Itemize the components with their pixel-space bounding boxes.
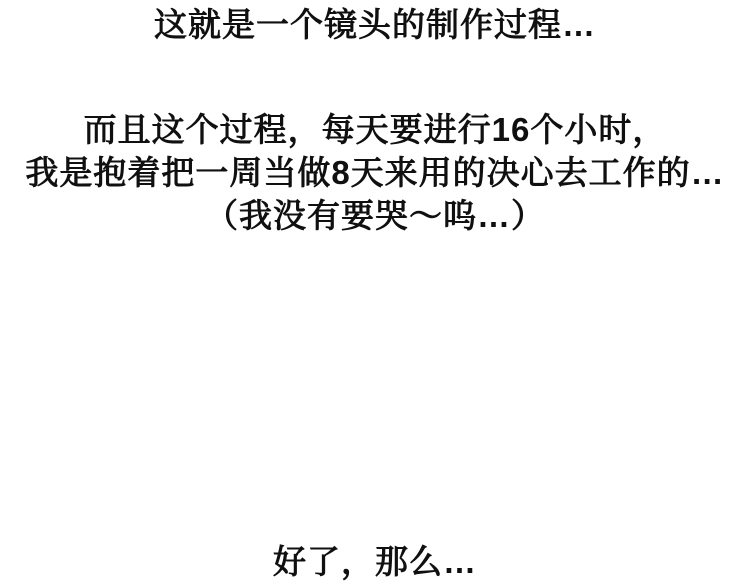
- narration-body-paragraph: 而且这个过程，每天要进行16个小时， 我是抱着把一周当做8天来用的决心去工作的……: [0, 108, 750, 237]
- comic-narration-page: 这就是一个镜头的制作过程… 而且这个过程，每天要进行16个小时， 我是抱着把一周…: [0, 0, 750, 586]
- narration-body-line-1: 而且这个过程，每天要进行16个小时，: [0, 108, 750, 151]
- narration-intro-text: 这就是一个镜头的制作过程…: [0, 3, 750, 46]
- narration-body-line-2: 我是抱着把一周当做8天来用的决心去工作的…: [0, 151, 750, 194]
- narration-body-line-3: （我没有要哭～呜…）: [0, 194, 750, 237]
- narration-closing-text: 好了，那么…: [0, 540, 750, 583]
